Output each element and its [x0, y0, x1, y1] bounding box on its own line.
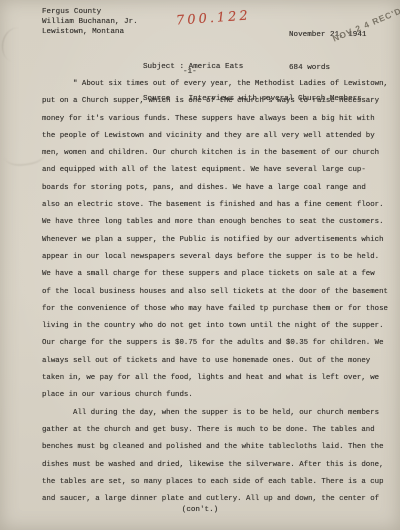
file-number-handwritten: 700.122	[176, 8, 252, 28]
document-page: Fergus CountyWilliam Buchanan, Jr.Lewist…	[0, 0, 400, 530]
body-text: " About six times out of every year, the…	[42, 80, 394, 512]
page-number: -1-	[183, 68, 197, 76]
body-line: " About six times out of every year, the…	[42, 80, 394, 97]
body-line: We have a small charge for these suppers…	[42, 270, 394, 287]
body-line: the people of Lewistown and vicinity and…	[42, 132, 394, 149]
body-line: gather at the church and get busy. There…	[42, 426, 394, 443]
pencil-smudge	[3, 139, 48, 168]
body-line: for the convenience of those who may hav…	[42, 305, 394, 322]
body-line: put on a Church supper, which is one of …	[42, 97, 394, 114]
author-address-line: William Buchanan, Jr.	[42, 17, 138, 27]
continuation-note: (con't.)	[0, 506, 400, 514]
body-line: All during the day, when the supper is t…	[42, 409, 394, 426]
body-line: taken in, we pay for all the food, light…	[42, 374, 394, 391]
subject-line: Subject : America Eats	[143, 62, 362, 73]
body-line: the tables are set, so many places to ea…	[42, 478, 394, 495]
body-line: appear in our local newspapers several d…	[42, 253, 394, 270]
author-address-block: Fergus CountyWilliam Buchanan, Jr.Lewist…	[42, 7, 138, 37]
author-address-line: Lewistown, Montana	[42, 27, 138, 37]
body-line: money for it's various funds. These supp…	[42, 115, 394, 132]
body-line: boards for storing pots, pans, and dishe…	[42, 184, 394, 201]
body-line: always sell out of tickets and have to u…	[42, 357, 394, 374]
body-line: Our charge for the suppers is $0.75 for …	[42, 339, 394, 356]
author-address-line: Fergus County	[42, 7, 138, 17]
body-line: Whenever we plan a supper, the Public is…	[42, 236, 394, 253]
body-line: also an electric stove. The basement is …	[42, 201, 394, 218]
body-line: living in the country who do not get int…	[42, 322, 394, 339]
body-line: place in our various church funds.	[42, 391, 394, 408]
body-line: dishes must be washed and dried, likewis…	[42, 461, 394, 478]
body-line: We have three long tables and more than …	[42, 218, 394, 235]
body-line: men, women and children. Our church kitc…	[42, 149, 394, 166]
body-line: and equipped with all of the latest equi…	[42, 166, 394, 183]
pencil-smudge	[0, 25, 34, 66]
body-line: of the local business houses and also se…	[42, 288, 394, 305]
body-line: benches must bg cleaned and polished and…	[42, 443, 394, 460]
